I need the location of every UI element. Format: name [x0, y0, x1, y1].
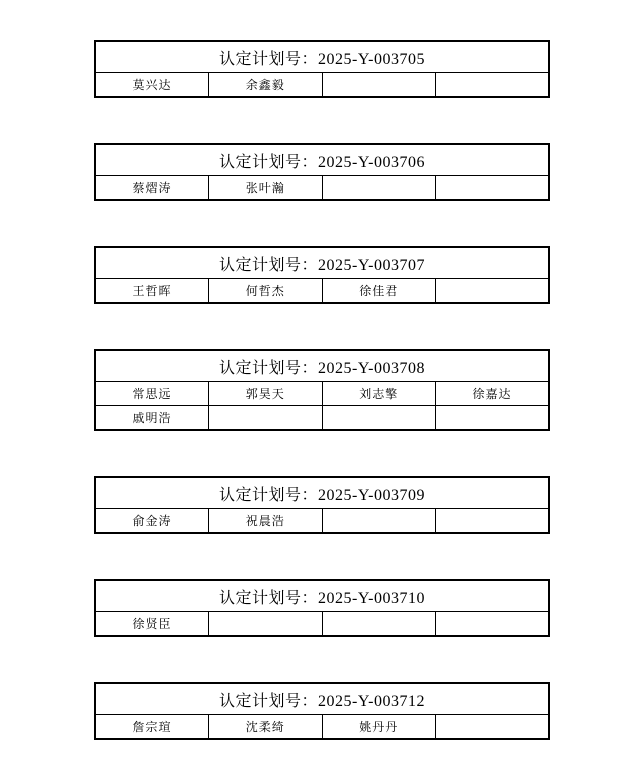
- plan-header-row: 认定计划号：2025-Y-003706: [95, 144, 549, 176]
- plan-number-header: 认定计划号：2025-Y-003708: [95, 350, 549, 382]
- plan-table: 认定计划号：2025-Y-003710 徐贤臣: [94, 579, 550, 637]
- plan-number-header: 认定计划号：2025-Y-003707: [95, 247, 549, 279]
- plan-number-header: 认定计划号：2025-Y-003712: [95, 683, 549, 715]
- name-cell: [322, 176, 436, 201]
- names-body: 蔡熠涛张叶瀚: [95, 176, 549, 201]
- name-cell: 蔡熠涛: [95, 176, 209, 201]
- name-cell: [436, 612, 550, 637]
- plan-header-row: 认定计划号：2025-Y-003708: [95, 350, 549, 382]
- plan-number-header: 认定计划号：2025-Y-003706: [95, 144, 549, 176]
- plan-tables-container: 认定计划号：2025-Y-003705 莫兴达余鑫毅 认定计划号：2025-Y-…: [94, 40, 632, 740]
- plan-table: 认定计划号：2025-Y-003708 常思远郭昊天刘志擎徐嘉达戚明浩: [94, 349, 550, 431]
- name-cell: 余鑫毅: [209, 73, 323, 98]
- name-cell: [209, 612, 323, 637]
- name-cell: 詹宗瑄: [95, 715, 209, 740]
- document-page: 认定计划号：2025-Y-003705 莫兴达余鑫毅 认定计划号：2025-Y-…: [0, 0, 632, 740]
- names-body: 常思远郭昊天刘志擎徐嘉达戚明浩: [95, 382, 549, 431]
- plan-number-header: 认定计划号：2025-Y-003709: [95, 477, 549, 509]
- name-cell: 徐贤臣: [95, 612, 209, 637]
- name-cell: 刘志擎: [322, 382, 436, 406]
- name-cell: 祝晨浩: [209, 509, 323, 534]
- name-cell: 何哲杰: [209, 279, 323, 304]
- names-body: 徐贤臣: [95, 612, 549, 637]
- plan-header-row: 认定计划号：2025-Y-003705: [95, 41, 549, 73]
- plan-table: 认定计划号：2025-Y-003705 莫兴达余鑫毅: [94, 40, 550, 98]
- names-body: 俞金涛祝晨浩: [95, 509, 549, 534]
- plan-table: 认定计划号：2025-Y-003712 詹宗瑄沈柔绮姚丹丹: [94, 682, 550, 740]
- table-row: 俞金涛祝晨浩: [95, 509, 549, 534]
- table-row: 徐贤臣: [95, 612, 549, 637]
- name-cell: 郭昊天: [209, 382, 323, 406]
- table-row: 莫兴达余鑫毅: [95, 73, 549, 98]
- name-cell: 王哲晖: [95, 279, 209, 304]
- name-cell: [436, 279, 550, 304]
- name-cell: 徐嘉达: [436, 382, 550, 406]
- plan-table: 认定计划号：2025-Y-003709 俞金涛祝晨浩: [94, 476, 550, 534]
- name-cell: [322, 73, 436, 98]
- names-body: 莫兴达余鑫毅: [95, 73, 549, 98]
- plan-header-row: 认定计划号：2025-Y-003709: [95, 477, 549, 509]
- name-cell: 姚丹丹: [322, 715, 436, 740]
- table-row: 戚明浩: [95, 406, 549, 431]
- table-row: 蔡熠涛张叶瀚: [95, 176, 549, 201]
- name-cell: [436, 715, 550, 740]
- name-cell: [209, 406, 323, 431]
- name-cell: [322, 509, 436, 534]
- name-cell: 莫兴达: [95, 73, 209, 98]
- name-cell: [322, 612, 436, 637]
- plan-header-row: 认定计划号：2025-Y-003710: [95, 580, 549, 612]
- plan-header-row: 认定计划号：2025-Y-003712: [95, 683, 549, 715]
- plan-number-header: 认定计划号：2025-Y-003705: [95, 41, 549, 73]
- table-row: 詹宗瑄沈柔绮姚丹丹: [95, 715, 549, 740]
- name-cell: [436, 73, 550, 98]
- plan-header-row: 认定计划号：2025-Y-003707: [95, 247, 549, 279]
- table-row: 常思远郭昊天刘志擎徐嘉达: [95, 382, 549, 406]
- plan-number-header: 认定计划号：2025-Y-003710: [95, 580, 549, 612]
- table-row: 王哲晖何哲杰徐佳君: [95, 279, 549, 304]
- name-cell: 沈柔绮: [209, 715, 323, 740]
- name-cell: 张叶瀚: [209, 176, 323, 201]
- name-cell: [436, 509, 550, 534]
- plan-table: 认定计划号：2025-Y-003707 王哲晖何哲杰徐佳君: [94, 246, 550, 304]
- name-cell: [322, 406, 436, 431]
- plan-table: 认定计划号：2025-Y-003706 蔡熠涛张叶瀚: [94, 143, 550, 201]
- name-cell: 常思远: [95, 382, 209, 406]
- name-cell: 徐佳君: [322, 279, 436, 304]
- name-cell: [436, 176, 550, 201]
- names-body: 王哲晖何哲杰徐佳君: [95, 279, 549, 304]
- name-cell: 戚明浩: [95, 406, 209, 431]
- name-cell: 俞金涛: [95, 509, 209, 534]
- names-body: 詹宗瑄沈柔绮姚丹丹: [95, 715, 549, 740]
- name-cell: [436, 406, 550, 431]
